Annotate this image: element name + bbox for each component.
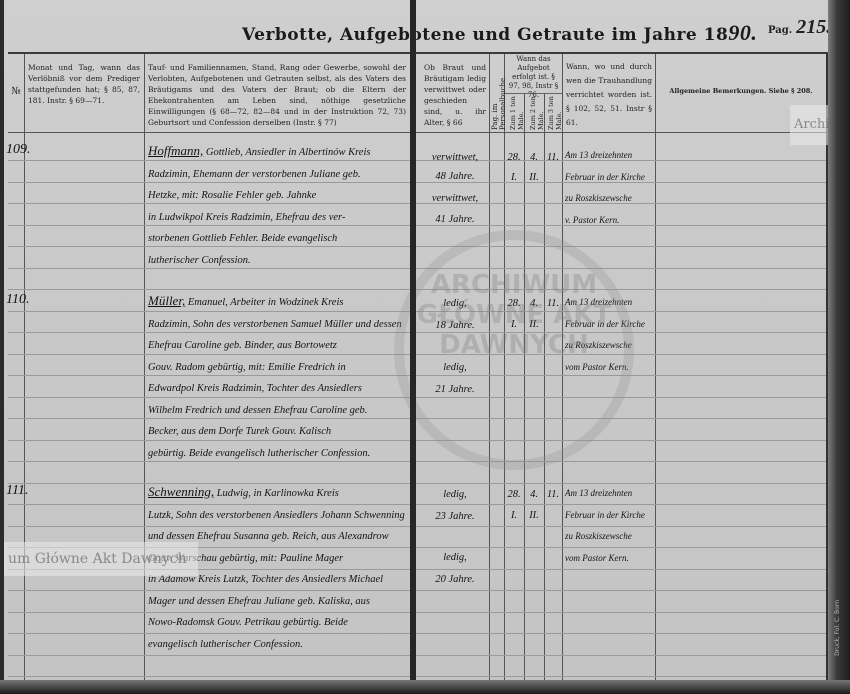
banns-1-day: 28.	[504, 489, 524, 500]
bride-status: ledig,	[422, 552, 488, 563]
printer-mark: Druck, Fol. C. Born	[834, 600, 841, 656]
ruled-line	[8, 246, 826, 247]
names-line: Lutzk, Sohn des verstorbenen Ansiedlers …	[148, 510, 405, 521]
entry-number: 109.	[6, 142, 31, 158]
col-header-pag: Pag. im Personalbuche	[491, 58, 507, 130]
col-divider	[655, 54, 656, 690]
banns-1-month: I.	[504, 172, 524, 183]
names-line: Becker, aus dem Dorfe Turek Gouv. Kalisc…	[148, 426, 331, 437]
banns-2-day: 4.	[524, 152, 544, 163]
ruled-line	[8, 612, 826, 613]
ruled-line	[8, 526, 826, 527]
names-line: lutherischer Confession.	[148, 255, 251, 266]
entry-names: Hoffmann, Gottlieb, Ansiedler in Alberti…	[148, 140, 412, 271]
ruled-line	[8, 160, 826, 161]
entry-number: 110.	[6, 292, 29, 308]
col-header-status: Ob Braut und Bräutigam ledig verwittwet …	[424, 62, 486, 128]
wedding-line: v. Pastor Kern.	[565, 215, 619, 225]
col-header-date: Monat und Tag, wann das Verlöbniß vor de…	[28, 62, 140, 106]
ruled-line	[8, 182, 826, 183]
wedding-line: vom Pastor Kern.	[565, 553, 629, 563]
bride-age: 41 Jahre.	[422, 214, 488, 225]
col-header-banns-1: Zum 1 ten Male.	[509, 96, 525, 130]
col-divider	[144, 54, 145, 690]
names-line: Mager und dessen Ehefrau Juliane geb. Ka…	[148, 596, 370, 607]
wedding-line: Am 13 dreizehnten	[565, 488, 632, 498]
page-number: Pag.215.	[768, 16, 831, 39]
page-edge	[828, 0, 850, 694]
wedding-line: Februar in der Kirche	[565, 510, 645, 520]
names-line: evangelisch lutherischer Confession.	[148, 639, 303, 650]
names-line: gebürtig. Beide evangelisch lutherischer…	[148, 448, 370, 459]
ruled-line	[8, 483, 826, 484]
ruled-line	[8, 590, 826, 591]
archive-watermark-strip: um Główne Akt Dawnych	[4, 542, 198, 576]
groom-status: ledig,	[422, 489, 488, 500]
banns-2-month: II.	[524, 510, 544, 521]
col-header-wedding: Wann, wo und durch wen die Trauhandlung …	[566, 60, 652, 130]
ruled-line	[8, 440, 826, 441]
seal-text: ARCHIWUM GŁÓWNE AKT DAWNYCH	[404, 270, 624, 360]
col-header-banns-2: Zum 2 ten Male.	[529, 96, 545, 130]
wedding-line: zu Roszkiszewsche	[565, 193, 632, 203]
groom-surname: Schwenning,	[148, 484, 214, 499]
register-page: Verbotte, Aufgebotene und Getraute im Ja…	[4, 0, 846, 690]
book-spine	[410, 0, 416, 694]
archive-seal-watermark: ARCHIWUM GŁÓWNE AKT DAWNYCH	[394, 230, 634, 470]
names-line: Ludwig, in Karlinowka Kreis	[217, 488, 339, 499]
names-line: Hetzke, mit: Rosalie Fehler geb. Jahnke	[148, 190, 316, 201]
names-line: Nowo-Radomsk Gouv. Petrikau gebürtig. Be…	[148, 617, 348, 628]
banns-3-day: 11.	[544, 489, 562, 500]
col-header-no: №	[8, 86, 24, 97]
banns-3-day: 11.	[544, 152, 562, 163]
groom-status: verwittwet,	[422, 152, 488, 163]
bride-age: 20 Jahre.	[422, 574, 488, 585]
ruled-line	[8, 268, 826, 269]
ruled-line	[8, 655, 826, 656]
page-number-value: 215.	[796, 16, 831, 38]
groom-age: 48 Jahre.	[422, 171, 488, 182]
col-header-banns-3: Zum 3 ten Male.	[547, 96, 563, 130]
col-header-names: Tauf- und Familiennamen, Stand, Rang ode…	[148, 62, 406, 128]
wedding-line: Februar in der Kirche	[565, 172, 645, 182]
banns-1-day: 28.	[504, 152, 524, 163]
ruled-line	[8, 633, 826, 634]
bride-status: verwittwet,	[422, 193, 488, 204]
ruled-line	[8, 461, 826, 462]
banns-2-day: 4.	[524, 489, 544, 500]
groom-surname: Hoffmann,	[148, 143, 203, 158]
names-line: Radzimin, Ehemann der verstorbenen Julia…	[148, 169, 361, 180]
names-line: Gouv. Radom gebürtig, mit: Emilie Fredri…	[148, 362, 346, 373]
wedding-line: Am 13 dreizehnten	[565, 150, 632, 160]
names-line: Wilhelm Fredrich und dessen Ehefrau Caro…	[148, 405, 367, 416]
page-bottom-edge	[0, 680, 850, 694]
wedding-details: Am 13 dreizehnten Februar in der Kirche …	[565, 483, 655, 569]
names-line: Gottlieb, Ansiedler in Albertinów Kreis	[206, 147, 371, 158]
groom-surname: Müller,	[148, 293, 185, 308]
header-bottom-rule	[8, 132, 828, 133]
names-line: Radzimin, Sohn des verstorbenen Samuel M…	[148, 319, 402, 330]
entry-number: 111.	[6, 483, 28, 499]
banns-2-month: II.	[524, 172, 544, 183]
col-header-remarks: Allgemeine Bemerkungen. Siehe § 208.	[660, 86, 822, 97]
ruled-line	[8, 504, 826, 505]
register-title: Verbotte, Aufgebotene und Getraute im Ja…	[242, 20, 757, 46]
names-line: in Ludwikpol Kreis Radzimin, Ehefrau des…	[148, 212, 345, 223]
ruled-line	[8, 225, 826, 226]
names-line: Edwardpol Kreis Radzimin, Tochter des An…	[148, 383, 362, 394]
page-label: Pag.	[768, 25, 792, 36]
entry-names: Müller, Emanuel, Arbeiter in Wodzinek Kr…	[148, 290, 412, 464]
wedding-details: Am 13 dreizehnten Februar in der Kirche …	[565, 145, 655, 231]
title-printed: Verbotte, Aufgebotene und Getraute im Ja…	[242, 25, 728, 45]
header-top-rule	[8, 52, 828, 54]
banns-1-month: I.	[504, 510, 524, 521]
col-header-banns: Wann das Aufgebot erfolgt ist. § 97, 98,…	[506, 55, 561, 100]
groom-age: 23 Jahre.	[422, 511, 488, 522]
names-line: Emanuel, Arbeiter in Wodzinek Kreis	[188, 297, 344, 308]
ruled-line	[8, 676, 826, 677]
names-line: Ehefrau Caroline geb. Binder, aus Bortow…	[148, 340, 337, 351]
names-line: storbenen Gottlieb Fehler. Beide evangel…	[148, 233, 337, 244]
title-year-handwritten: 90.	[728, 20, 757, 45]
wedding-line: zu Roszkiszewsche	[565, 531, 632, 541]
ruled-line	[8, 203, 826, 204]
names-line: und dessen Ehefrau Susanna geb. Reich, a…	[148, 531, 389, 542]
